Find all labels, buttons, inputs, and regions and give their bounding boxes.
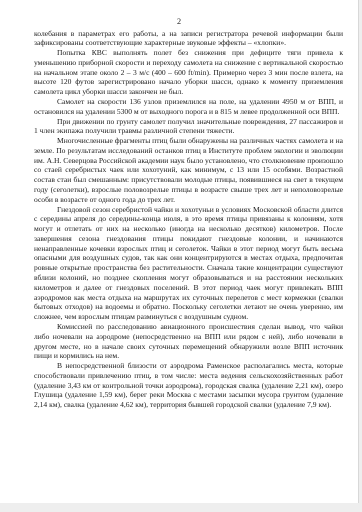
document-page: 2 колебания в параметрах его работы, а н… xyxy=(0,0,359,503)
paragraph: В непосредственной близости от аэродрома… xyxy=(34,361,343,410)
paragraph: Многочисленные фрагменты птиц были обнар… xyxy=(34,136,343,204)
page-number: 2 xyxy=(0,17,358,26)
paragraph: Комиссией по расследованию авиационного … xyxy=(34,322,343,361)
paragraph: При движении по грунту самолет получил з… xyxy=(34,117,343,137)
paragraph: Попытка КВС выполнять полет без снижения… xyxy=(34,48,343,97)
document-body: колебания в параметрах его работы, а на … xyxy=(34,29,343,410)
paragraph: Гнездовой сезон серебристой чайки и хохо… xyxy=(34,205,343,322)
paragraph: Самолет на скорости 136 узлов приземлилс… xyxy=(34,97,343,117)
paragraph: колебания в параметрах его работы, а на … xyxy=(34,29,343,49)
